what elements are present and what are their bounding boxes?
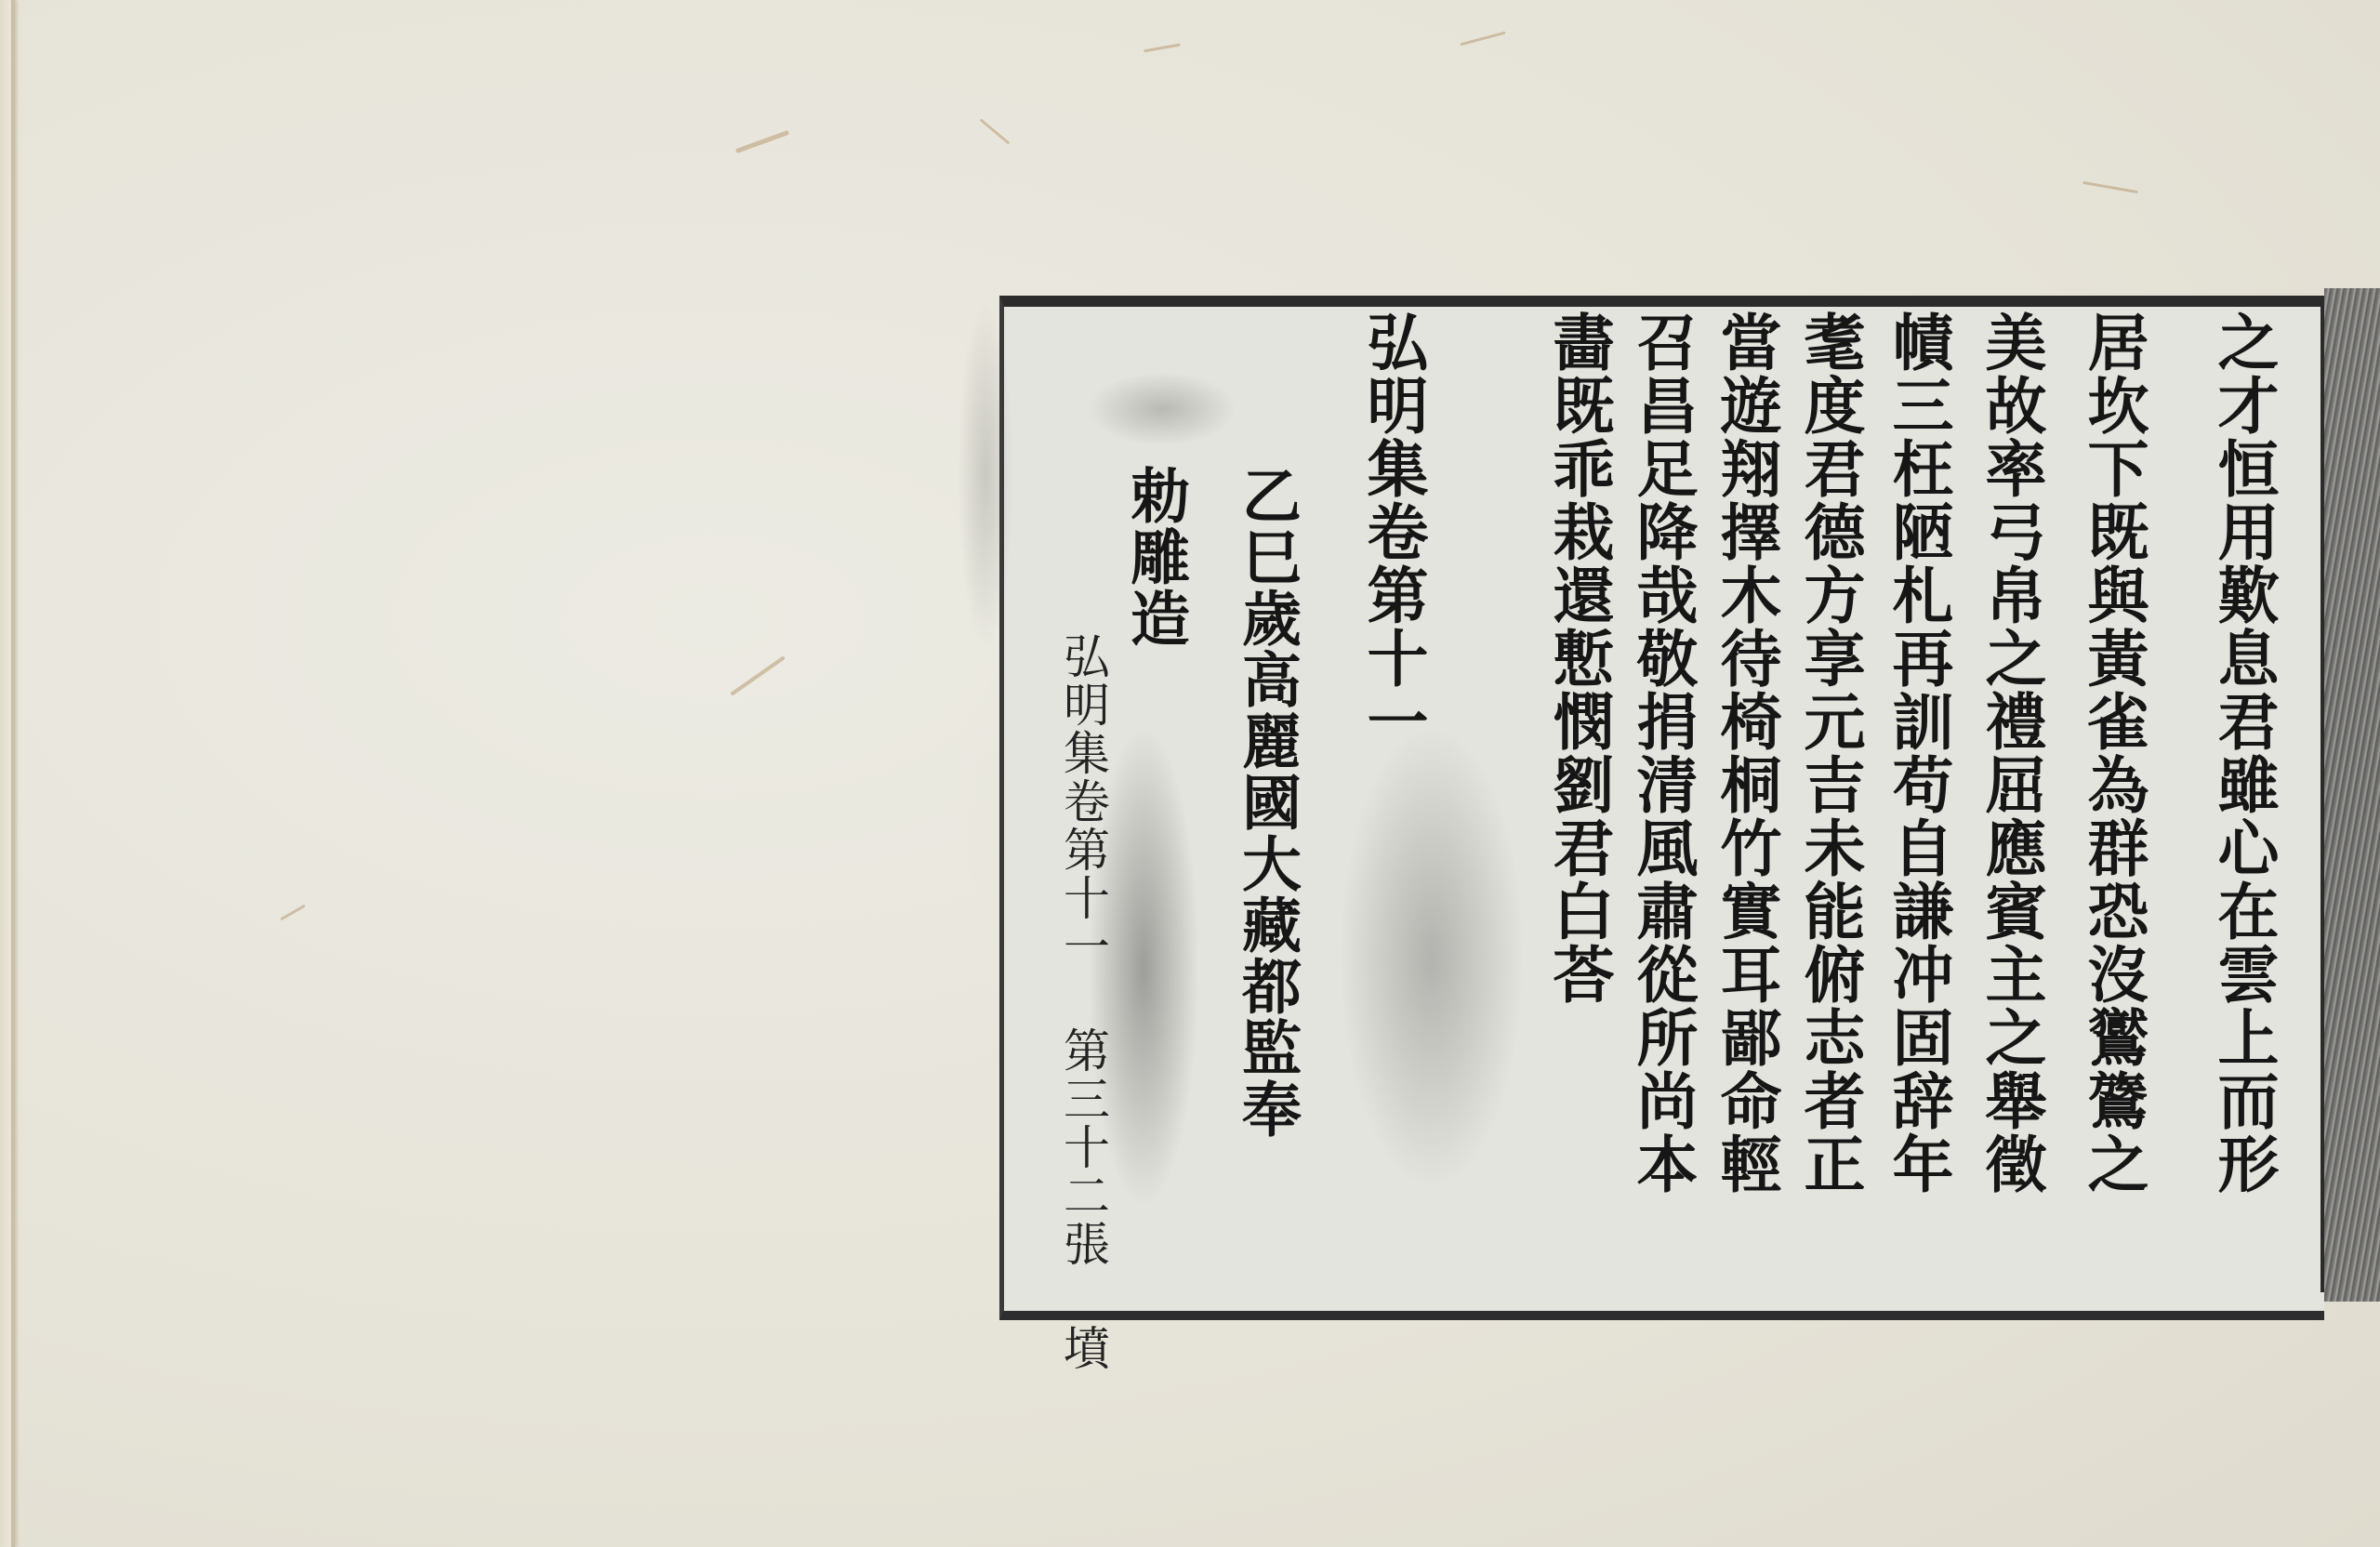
text-column-8: 畵既乖栽還慙憫劉君白荅 [1548, 311, 1609, 1006]
paper-fiber [735, 130, 789, 153]
paper-fiber [980, 118, 1011, 144]
block-edge-rubbing [2324, 288, 2380, 1302]
paper-fiber [730, 655, 786, 695]
binding-line [11, 0, 15, 1547]
text-column-3: 美故率弓帛之禮屈應賓主之舉徵 [1980, 311, 2042, 1196]
paper-fiber [1460, 32, 1505, 46]
ink-smudge [1088, 372, 1236, 446]
text-column-5: 耄度君德方享元吉未能俯志者正 [1799, 311, 1860, 1196]
margin-label: 弘明集卷第十一 第三十二張 墳 [1060, 632, 1106, 1372]
paper-page: 之才恒用歎息君雖心在雲上而形 居坎下既與黃雀為群恐沒鸑鷟之 美故率弓帛之禮屈應賓… [0, 0, 2380, 1547]
ink-smudge [1339, 725, 1525, 1190]
text-column-1: 之才恒用歎息君雖心在雲上而形 [2213, 311, 2274, 1196]
ink-smudge [958, 297, 1013, 651]
colophon-line-1: 乙巳歲高麗國大藏都監奉 [1236, 465, 1296, 1140]
text-column-2: 居坎下既與黃雀為群恐沒鸑鷟之 [2082, 311, 2144, 1196]
text-column-6: 當遊翔擇木待椅桐竹實耳鄙命輕 [1715, 311, 1777, 1196]
colophon-line-2: 勅雕造 [1125, 465, 1184, 649]
text-column-4: 幘三枉陋札再訓苟自謙冲固辞年 [1887, 311, 1949, 1196]
paper-fiber [2082, 181, 2138, 193]
volume-title: 弘明集卷第十一 [1362, 311, 1423, 753]
binding-edge [0, 0, 11, 1547]
paper-fiber [1144, 44, 1181, 53]
text-column-7: 召昌足降哉敬捐清風肅從所尚本 [1632, 311, 1693, 1196]
paper-fiber [280, 905, 305, 921]
block-right-rule [2320, 307, 2324, 1292]
